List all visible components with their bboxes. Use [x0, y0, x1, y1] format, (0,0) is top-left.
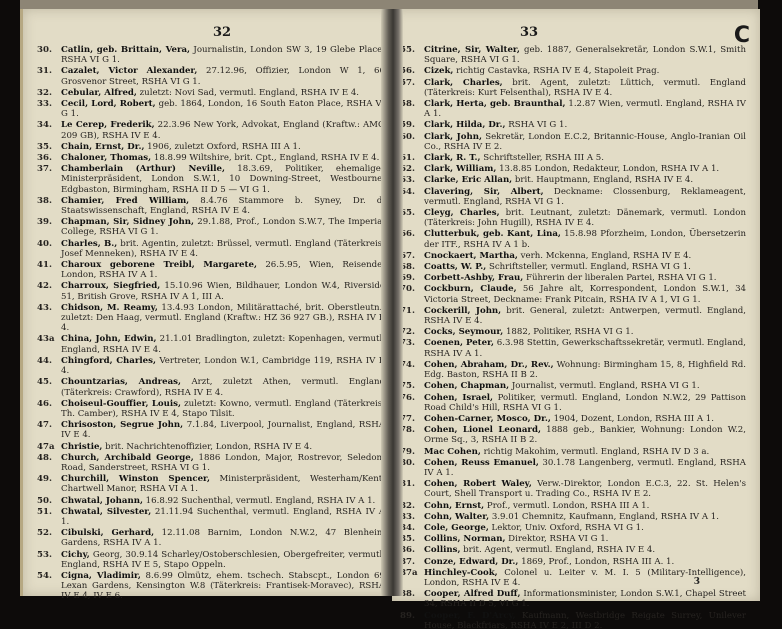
entry-name: Cooper, Alfred Duff,	[424, 589, 520, 599]
entry-number: 59.	[400, 120, 422, 130]
entry-number: 41.	[37, 260, 59, 270]
entry-name: Cohen-Carner, Mosco, Dr.,	[424, 414, 551, 424]
entry-number: 31.	[37, 66, 59, 76]
entry-details: Führerin der liberalen Partei, RSHA VI G…	[523, 273, 716, 283]
entry-name: Collins, Norman,	[424, 534, 505, 544]
entry-number: 44.	[37, 356, 59, 366]
entry-number: 60.	[400, 132, 422, 142]
entry-number: 32.	[37, 88, 59, 98]
entry-number: 81.	[400, 479, 422, 489]
entry-number: 89.	[400, 611, 422, 621]
entry-name: China, John, Edwin,	[61, 334, 157, 344]
entry-name: Cohen, Robert Waley,	[424, 479, 532, 489]
entry-number: 73.	[400, 338, 422, 348]
entry-number: 79.	[400, 447, 422, 457]
entry-details: Prof., vermutl. London, RSHA III A 1.	[484, 501, 649, 511]
list-item: 88.Cooper, Alfred Duff, Informationsmini…	[400, 589, 746, 609]
list-item: 45.Chountzarias, Andreas, Arzt, zuletzt …	[37, 377, 385, 397]
entry-number: 61.	[400, 153, 422, 163]
entry-number: 50.	[37, 496, 59, 506]
entry-number: 36.	[37, 153, 59, 163]
entry-name: Cizek,	[424, 66, 453, 76]
entry-details: verh. Mckenna, England, RSHA IV E 4.	[518, 251, 691, 261]
entry-number: 82.	[400, 501, 422, 511]
entry-number: 64.	[400, 187, 422, 197]
entry-number: 40.	[37, 239, 59, 249]
entry-name: Clark, Hilda, Dr.,	[424, 120, 506, 130]
entry-name: Coenen, Peter,	[424, 338, 494, 348]
entry-details: richtig Castavka, RSHA IV E 4, Stapoleit…	[453, 66, 659, 76]
entry-name: Charles, B.,	[61, 239, 117, 249]
page-number: 33	[520, 25, 538, 40]
entry-name: Cecil, Lord, Robert,	[61, 99, 156, 109]
entry-number: 75.	[400, 381, 422, 391]
list-item: 34.Le Cerep, Frederik, 22.3.96 New York,…	[37, 120, 385, 140]
entry-number: 68.	[400, 262, 422, 272]
list-item: 57.Clark, Charles, brit. Agent, zuletzt:…	[400, 78, 746, 98]
entry-name: Chrisoston, Segrue John,	[61, 420, 183, 430]
entry-details: brit. Nachrichtenoffizier, London, RSHA …	[102, 442, 312, 452]
entry-number: 43a	[37, 334, 59, 344]
list-item: 89.Cooper, F. D'Arcy, Kaufmann, Westbrid…	[400, 611, 746, 629]
entry-details: Georg, 30.9.14 Scharley/Ostoberschlesien…	[61, 550, 385, 570]
entry-name: Citrine, Sir, Walter,	[424, 45, 520, 55]
entry-number: 66.	[400, 229, 422, 239]
list-item: 71.Cockerill, John, brit. General, zulet…	[400, 306, 746, 326]
entry-details: brit. Hauptmann, England, RSHA IV E 4.	[512, 175, 693, 185]
entry-details: 18.8.99 Wiltshire, brit. Cpt., England, …	[151, 153, 379, 163]
entry-number: 70.	[400, 284, 422, 294]
left-page: 32 30.Catlin, geb. Brittain, Vera, Journ…	[20, 9, 393, 596]
entry-name: Hinchley-Cook,	[424, 568, 498, 578]
entry-details: richtig Makohim, vermutl. England, RSHA …	[481, 447, 709, 457]
entry-name: Church, Archibald George,	[61, 453, 194, 463]
entry-name: Chamier, Fred William,	[61, 196, 189, 206]
entry-number: 45.	[37, 377, 59, 387]
list-item: 41.Charoux geborene Treibl, Margarete, 2…	[37, 260, 385, 280]
list-item: 87.Conze, Edward, Dr., 1869, Prof., Lond…	[400, 557, 746, 567]
entry-details: Schriftsteller, vermutl. England, RSHA V…	[486, 262, 691, 272]
list-item: 47.Chrisoston, Segrue John, 7.1.84, Live…	[37, 420, 385, 440]
list-item: 43.Chidson, M. Reamy, 13.4.93 London, Mi…	[37, 303, 385, 334]
entry-name: Charroux, Siegfried,	[61, 281, 160, 291]
list-item: 86.Collins, brit. Agent, vermutl. Englan…	[400, 545, 746, 555]
list-item: 77.Cohen-Carner, Mosco, Dr., 1904, Dozen…	[400, 414, 746, 424]
entry-number: 72.	[400, 327, 422, 337]
list-item: 55.Citrine, Sir, Walter, geb. 1887, Gene…	[400, 45, 746, 65]
list-item: 50.Chwatal, Johann, 16.8.92 Suchenthal, …	[37, 496, 385, 506]
entry-name: Charoux geborene Treibl, Margarete,	[61, 260, 257, 270]
entry-number: 63.	[400, 175, 422, 185]
list-item: 44.Chingford, Charles, Vertreter, London…	[37, 356, 385, 376]
entry-name: Cazalet, Victor Alexander,	[61, 66, 197, 76]
entry-number: 78.	[400, 425, 422, 435]
list-item: 76.Cohen, Israel, Politiker, vermutl. En…	[400, 393, 746, 413]
entry-number: 39.	[37, 217, 59, 227]
entry-number: 57.	[400, 78, 422, 88]
entry-name: Cleyg, Charles,	[424, 208, 500, 218]
entry-number: 46.	[37, 399, 59, 409]
entry-name: Conze, Edward, Dr.,	[424, 557, 518, 567]
entry-number: 87.	[400, 557, 422, 567]
list-item: 40.Charles, B., brit. Agentin, zuletzt: …	[37, 239, 385, 259]
entry-name: Clark, R. T.,	[424, 153, 481, 163]
entry-name: Cohen, Israel,	[424, 393, 493, 403]
entry-name: Cebular, Alfred,	[61, 88, 137, 98]
entry-name: Chidson, M. Reamy,	[61, 303, 158, 313]
entry-name: Clarke, Eric Allan,	[424, 175, 512, 185]
entry-number: 77.	[400, 414, 422, 424]
entry-name: Le Cerep, Frederik,	[61, 120, 155, 130]
entry-name: Cichy,	[61, 550, 90, 560]
entry-number: 56.	[400, 66, 422, 76]
entry-number: 87a	[400, 568, 422, 578]
entry-name: Cohen, Lionel Leonard,	[424, 425, 541, 435]
entry-name: Chain, Ernst, Dr.,	[61, 142, 144, 152]
entry-number: 47a	[37, 442, 59, 452]
entry-details: Schriftsteller, RSHA III A 5.	[481, 153, 604, 163]
list-item: 46.Choiseul-Gouffier, Louis, zuletzt: Ko…	[37, 399, 385, 419]
entry-name: Chapman, Sir, Sidney John,	[61, 217, 194, 227]
entry-name: Chamberlain (Arthur) Neville,	[61, 164, 225, 174]
entry-number: 48.	[37, 453, 59, 463]
list-item: 48.Church, Archibald George, 1886 London…	[37, 453, 385, 473]
book-gutter	[381, 9, 403, 596]
entry-number: 67.	[400, 251, 422, 261]
entry-name: Cooper, F. D'Arcy,	[424, 611, 516, 621]
entry-number: 37.	[37, 164, 59, 174]
list-item: 72.Cocks, Seymour, 1882, Politiker, RSHA…	[400, 327, 746, 337]
entry-name: Chwatal, Johann,	[61, 496, 143, 506]
entry-name: Churchill, Winston Spencer,	[61, 474, 210, 484]
entry-number: 47.	[37, 420, 59, 430]
entry-name: Clark, Herta, geb. Braunthal,	[424, 99, 566, 109]
entry-name: Clark, William,	[424, 164, 496, 174]
list-item: 39.Chapman, Sir, Sidney John, 29.1.88, P…	[37, 217, 385, 237]
entry-number: 71.	[400, 306, 422, 316]
list-item: 73.Coenen, Peter, 6.3.98 Stettin, Gewerk…	[400, 338, 746, 358]
list-item: 37.Chamberlain (Arthur) Neville, 18.3.69…	[37, 164, 385, 195]
list-item: 58.Clark, Herta, geb. Braunthal, 1.2.87 …	[400, 99, 746, 119]
entry-name: Clutterbuk, geb. Kant, Lina,	[424, 229, 561, 239]
list-item: 65.Cleyg, Charles, brit. Leutnant, zulet…	[400, 208, 746, 228]
list-item: 35.Chain, Ernst, Dr., 1906, zuletzt Oxfo…	[37, 142, 385, 152]
list-item: 69.Corbett-Ashby, Frau, Führerin der lib…	[400, 273, 746, 283]
entry-name: Coatts, W. P.,	[424, 262, 486, 272]
entry-details: 13.8.85 London, Redakteur, London, RSHA …	[496, 164, 719, 174]
list-item: 56.Cizek, richtig Castavka, RSHA IV E 4,…	[400, 66, 746, 76]
entry-name: Cohn, Ernst,	[424, 501, 484, 511]
list-item: 60.Clark, John, Sekretär, London E.C.2, …	[400, 132, 746, 152]
list-item: 59.Clark, Hilda, Dr., RSHA VI G 1.	[400, 120, 746, 130]
entry-number: 88.	[400, 589, 422, 599]
entry-number: 49.	[37, 474, 59, 484]
entry-number: 84.	[400, 523, 422, 533]
entry-name: Choiseul-Gouffier, Louis,	[61, 399, 181, 409]
list-item: 62.Clark, William, 13.8.85 London, Redak…	[400, 164, 746, 174]
entry-details: 3.9.01 Chemnitz, Kaufmann, England, RSHA…	[489, 512, 719, 522]
list-item: 70.Cockburn, Claude, 56 Jahre alt, Korre…	[400, 284, 746, 304]
list-item: 74.Cohen, Abraham, Dr., Rev., Wohnung: B…	[400, 360, 746, 380]
page-number: 32	[213, 25, 231, 40]
entry-details: zuletzt: Novi Sad, vermutl. England, RSH…	[137, 88, 359, 98]
list-item: 43aChina, John, Edwin, 21.1.01 Bradlingt…	[37, 334, 385, 354]
entry-details: 1904, Dozent, London, RSHA III A 1.	[551, 414, 714, 424]
entry-number: 51.	[37, 507, 59, 517]
entry-number: 69.	[400, 273, 422, 283]
entry-number: 80.	[400, 458, 422, 468]
entry-details: 16.8.92 Suchenthal, vermutl. England, RS…	[143, 496, 375, 506]
list-item: 83.Cohn, Walter, 3.9.01 Chemnitz, Kaufma…	[400, 512, 746, 522]
entry-number: 54.	[37, 571, 59, 581]
signature-mark: 3	[694, 577, 700, 587]
entry-name: Cohen, Chapman,	[424, 381, 509, 391]
entry-name: Cohen, Abraham, Dr., Rev.,	[424, 360, 554, 370]
entry-name: Chingford, Charles,	[61, 356, 156, 366]
entry-number: 30.	[37, 45, 59, 55]
entry-number: 43.	[37, 303, 59, 313]
entry-number: 33.	[37, 99, 59, 109]
list-item: 75.Cohen, Chapman, Journalist, vermutl. …	[400, 381, 746, 391]
entry-name: Chwatal, Silvester,	[61, 507, 151, 517]
entry-number: 65.	[400, 208, 422, 218]
list-item: 81.Cohen, Robert Waley, Verw.-Direktor, …	[400, 479, 746, 499]
list-item: 85.Collins, Norman, Direktor, RSHA VI G …	[400, 534, 746, 544]
entry-number: 55.	[400, 45, 422, 55]
list-item: 63.Clarke, Eric Allan, brit. Hauptmann, …	[400, 175, 746, 185]
entry-name: Cockerill, John,	[424, 306, 501, 316]
entry-number: 62.	[400, 164, 422, 174]
entry-details: brit. Agent, vermutl. England, RSHA IV E…	[460, 545, 655, 555]
entry-number: 58.	[400, 99, 422, 109]
list-item: 84.Cole, George, Lektor, Univ. Oxford, R…	[400, 523, 746, 533]
entry-name: Clark, Charles,	[424, 78, 503, 88]
entry-name: Cibulski, Gerhard,	[61, 528, 154, 538]
entry-name: Corbett-Ashby, Frau,	[424, 273, 523, 283]
entry-name: Cohn, Walter,	[424, 512, 489, 522]
list-item: 68.Coatts, W. P., Schriftsteller, vermut…	[400, 262, 746, 272]
entry-number: 76.	[400, 393, 422, 403]
list-item: 66.Clutterbuk, geb. Kant, Lina, 15.8.98 …	[400, 229, 746, 249]
list-item: 54.Cigna, Vladimir, 8.6.99 Olmütz, ehem.…	[37, 571, 385, 602]
entry-name: Collins,	[424, 545, 460, 555]
list-item: 80.Cohen, Reuss Emanuel, 30.1.78 Langenb…	[400, 458, 746, 478]
entry-number: 74.	[400, 360, 422, 370]
list-item: 61.Clark, R. T., Schriftsteller, RSHA II…	[400, 153, 746, 163]
entry-details: 1869, Prof., London, RSHA III A. 1.	[518, 557, 674, 567]
list-item: 53.Cichy, Georg, 30.9.14 Scharley/Ostobe…	[37, 550, 385, 570]
entry-name: Cigna, Vladimir,	[61, 571, 141, 581]
entry-number: 52.	[37, 528, 59, 538]
entry-number: 42.	[37, 281, 59, 291]
entry-details: 1906, zuletzt Oxford, RSHA III A 1.	[144, 142, 300, 152]
entry-number: 85.	[400, 534, 422, 544]
entry-name: Clark, John,	[424, 132, 482, 142]
entry-name: Clavering, Sir, Albert,	[424, 187, 544, 197]
list-item: 47aChristie, brit. Nachrichtenoffizier, …	[37, 442, 385, 452]
list-item: 79.Mac Cohen, richtig Makohim, vermutl. …	[400, 447, 746, 457]
entry-list: 30.Catlin, geb. Brittain, Vera, Journali…	[37, 45, 385, 603]
list-item: 31.Cazalet, Victor Alexander, 27.12.96, …	[37, 66, 385, 86]
entry-name: Cole, George,	[424, 523, 489, 533]
list-item: 51.Chwatal, Silvester, 21.11.94 Suchenth…	[37, 507, 385, 527]
entry-number: 83.	[400, 512, 422, 522]
entry-list: 55.Citrine, Sir, Walter, geb. 1887, Gene…	[400, 45, 746, 629]
entry-details: RSHA VI G 1.	[506, 120, 568, 130]
entry-number: 53.	[37, 550, 59, 560]
entry-name: Christie,	[61, 442, 102, 452]
list-item: 67.Cnockaert, Martha, verh. Mckenna, Eng…	[400, 251, 746, 261]
entry-number: 86.	[400, 545, 422, 555]
list-item: 82.Cohn, Ernst, Prof., vermutl. London, …	[400, 501, 746, 511]
entry-name: Mac Cohen,	[424, 447, 481, 457]
list-item: 49.Churchill, Winston Spencer, Ministerp…	[37, 474, 385, 494]
entry-name: Chaloner, Thomas,	[61, 153, 151, 163]
list-item: 36.Chaloner, Thomas, 18.8.99 Wiltshire, …	[37, 153, 385, 163]
list-item: 42.Charroux, Siegfried, 15.10.96 Wien, B…	[37, 281, 385, 301]
right-page: 33 C 55.Citrine, Sir, Walter, geb. 1887,…	[392, 9, 760, 601]
entry-name: Cocks, Seymour,	[424, 327, 503, 337]
entry-name: Cockburn, Claude,	[424, 284, 517, 294]
entry-number: 38.	[37, 196, 59, 206]
list-item: 78.Cohen, Lionel Leonard, 1888 geb., Ban…	[400, 425, 746, 445]
entry-details: 1882, Politiker, RSHA VI G 1.	[503, 327, 633, 337]
list-item: 38.Chamier, Fred William, 8.4.76 Stammor…	[37, 196, 385, 216]
list-item: 33.Cecil, Lord, Robert, geb. 1864, Londo…	[37, 99, 385, 119]
list-item: 52.Cibulski, Gerhard, 12.11.08 Barnim, L…	[37, 528, 385, 548]
entry-name: Cohen, Reuss Emanuel,	[424, 458, 539, 468]
entry-number: 35.	[37, 142, 59, 152]
entry-name: Cnockaert, Martha,	[424, 251, 518, 261]
entry-name: Chountzarias, Andreas,	[61, 377, 181, 387]
list-item: 32.Cebular, Alfred, zuletzt: Novi Sad, v…	[37, 88, 385, 98]
list-item: 64.Clavering, Sir, Albert, Deckname: Clo…	[400, 187, 746, 207]
entry-details: Lektor, Univ. Oxford, RSHA VI G 1.	[489, 523, 644, 533]
entry-number: 34.	[37, 120, 59, 130]
entry-details: Journalist, vermutl. England, RSHA VI G …	[509, 381, 699, 391]
entry-details: Direktor, RSHA VI G 1.	[505, 534, 608, 544]
entry-name: Catlin, geb. Brittain, Vera,	[61, 45, 190, 55]
list-item: 30.Catlin, geb. Brittain, Vera, Journali…	[37, 45, 385, 65]
